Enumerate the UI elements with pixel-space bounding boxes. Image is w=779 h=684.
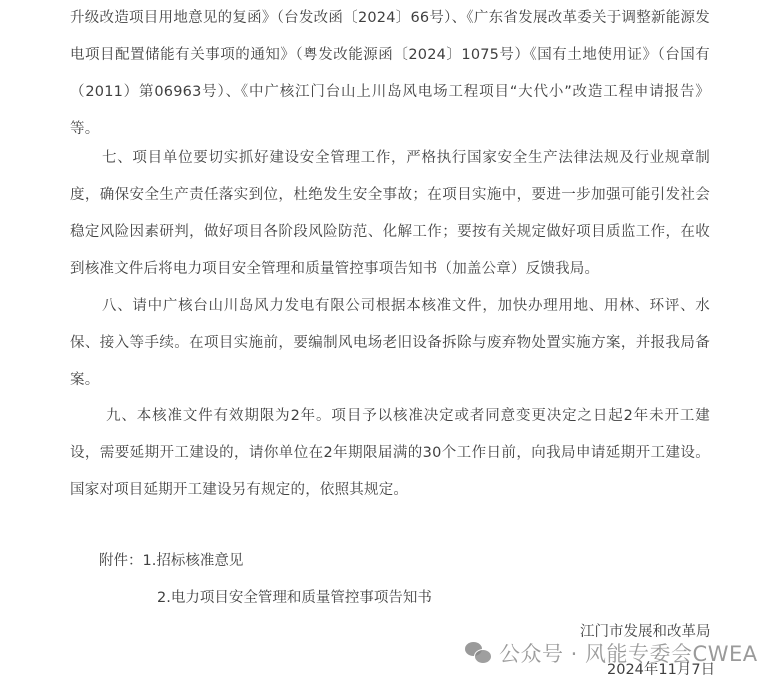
document-date: 2024年11月7日	[607, 659, 715, 681]
paragraph-continuation: 升级改造项目用地意见的复函》（台发改函〔2024〕66号）、《广东省发展改革委关…	[70, 0, 710, 148]
wechat-icon	[465, 642, 491, 664]
paragraph-item-9: 九、本核准文件有效期限为2年。项目予以核准决定或者同意变更决定之日起2年未开工建…	[70, 398, 710, 509]
paragraph-item-7: 七、项目单位要切实抓好建设安全管理工作，严格执行国家安全生产法律法规及行业规章制…	[70, 140, 710, 288]
attachment-item-1: 附件：1.招标核准意见	[99, 546, 243, 576]
paragraph-item-8: 八、请中广核台山川岛风力发电有限公司根据本核准文件，加快办理用地、用林、环评、水…	[70, 288, 710, 399]
signer-organization: 江门市发展和改革局	[580, 621, 711, 643]
attachment-item-2: 2.电力项目安全管理和质量管控事项告知书	[157, 583, 432, 613]
